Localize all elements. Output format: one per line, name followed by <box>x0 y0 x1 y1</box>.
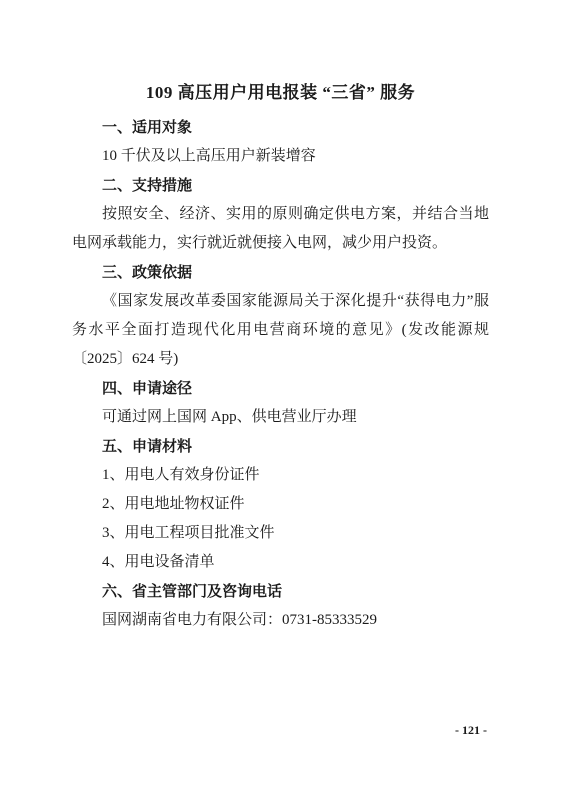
section: 五、申请材料 1、用电人有效身份证件2、用电地址物权证件3、用电工程项目批准文件… <box>72 432 489 577</box>
section-heading: 五、申请材料 <box>72 432 489 461</box>
section: 四、申请途径 可通过网上国网 App、供电营业厅办理 <box>72 374 489 432</box>
paragraph: 2、用电地址物权证件 <box>72 490 489 519</box>
section-heading: 四、申请途径 <box>72 374 489 403</box>
paragraph: 4、用电设备清单 <box>72 548 489 577</box>
page-title: 109 高压用户用电报装 “三省” 服务 <box>72 78 489 108</box>
paragraph: 3、用电工程项目批准文件 <box>72 519 489 548</box>
section: 二、支持措施 按照安全、经济、实用的原则确定供电方案，并结合当地电网承载能力，实… <box>72 171 489 258</box>
paragraph: 《国家发展改革委国家能源局关于深化提升“获得电力”服务水平全面打造现代化用电营商… <box>72 287 489 374</box>
section: 三、政策依据 《国家发展改革委国家能源局关于深化提升“获得电力”服务水平全面打造… <box>72 258 489 374</box>
paragraph: 可通过网上国网 App、供电营业厅办理 <box>72 403 489 432</box>
paragraph: 10 千伏及以上高压用户新装增容 <box>72 142 489 171</box>
section-heading: 三、政策依据 <box>72 258 489 287</box>
paragraph: 国网湖南省电力有限公司：0731-85333529 <box>72 606 489 635</box>
section: 一、适用对象 10 千伏及以上高压用户新装增容 <box>72 113 489 171</box>
section: 六、省主管部门及咨询电话 国网湖南省电力有限公司：0731-85333529 <box>72 577 489 635</box>
paragraph: 1、用电人有效身份证件 <box>72 461 489 490</box>
paragraph: 按照安全、经济、实用的原则确定供电方案，并结合当地电网承载能力，实行就近就便接入… <box>72 200 489 258</box>
document-page: 109 高压用户用电报装 “三省” 服务 一、适用对象 10 千伏及以上高压用户… <box>72 78 489 635</box>
sections-container: 一、适用对象 10 千伏及以上高压用户新装增容 二、支持措施 按照安全、经济、实… <box>72 113 489 635</box>
section-heading: 二、支持措施 <box>72 171 489 200</box>
section-heading: 六、省主管部门及咨询电话 <box>72 577 489 606</box>
section-heading: 一、适用对象 <box>72 113 489 142</box>
page-number: - 121 - <box>455 721 487 739</box>
